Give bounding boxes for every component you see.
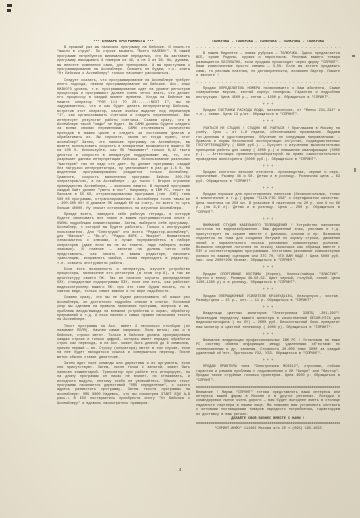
classified-ad: Внимание владельцам профессиональных IBM… (196, 339, 340, 357)
ad-separator: + + + (196, 359, 340, 363)
classified-ad: Владельцы цветных мониторов "Электроника… (196, 312, 340, 330)
page-number: 4 (0, 468, 360, 473)
dashed-separator: - - - - - - - - - - - - - - - - - - - - … (196, 81, 340, 85)
classified-ad: Продам ОПЕРАЦИОННЫЕ УСИЛИТЕЛИ КР140УД110… (196, 295, 340, 304)
scan-artifact-mark (7, 9, 11, 12)
article-paragraph: Прежде всего, заведите себе рабочую тетр… (57, 213, 190, 266)
dashed-separator: - - - - - - - - - - - - - - - - - - - - … (196, 46, 340, 50)
article-paragraph: Если есть возможность и литература, изуч… (57, 268, 190, 294)
ad-separator: + + + (196, 120, 340, 124)
article-paragraph: Текст программы на Асс. имеет 4 нескольк… (57, 325, 190, 360)
hash-border-bottom: ########################################… (196, 422, 340, 426)
scan-artifact-mark (352, 55, 355, 57)
article-paragraph: Затем идет поле команды или директивы и … (57, 362, 190, 406)
scanned-newsletter-page: *** БУКВАРЬ ПРОГРАММИСТА *** В прошлый р… (0, 0, 360, 518)
classified-ad: Продам СЧЕТЧИКИ РАСХОДА ВОДЫ, механическ… (196, 109, 340, 118)
classified-ad: Продам порошки для приготовления напитко… (196, 193, 340, 215)
classified-ad: Продам ОПРЕДЕЛИТЕЛЬ НОМЕРА позвонившего … (196, 87, 340, 100)
scan-artifact-mark (354, 168, 356, 172)
ad-separator: + + + (196, 187, 340, 191)
classified-ad: ПРОДАЮ ПРИНТЕРЫ типа "Электроника МС6312… (196, 365, 340, 383)
article-paragraph: Следует сказать, что программирование на… (57, 79, 190, 211)
scan-artifact-mark (7, 4, 12, 7)
classified-ad: Продам СПОРТИВНЫЕ КОСТЮМЫ (Корея), Хлопо… (196, 273, 340, 286)
classifieds-column: ТОЛКУЧКА - ТОЛКУЧКА - ТОЛКУЧКА - ТОЛКУЧК… (196, 40, 340, 434)
article-paragraph: В прошлый раз мы написали программу на Б… (57, 46, 190, 77)
article-column: *** БУКВАРЬ ПРОГРАММИСТА *** В прошлый р… (57, 40, 190, 408)
classified-ad: В нашем Фидонете — новая рубрика — ТОЛКУ… (196, 52, 340, 78)
classifieds-title: ТОЛКУЧКА - ТОЛКУЧКА - ТОЛКУЧКА - ТОЛКУЧК… (196, 40, 340, 45)
article-title: *** БУКВАРЬ ПРОГРАММИСТА *** (57, 40, 190, 45)
hash-border-top: ########################################… (196, 386, 340, 390)
classified-ad: УЧИТЬСЯ НЕ СТЫДНО ! СТЫДНО НЕ УЧИТЬСЯ ! … (196, 127, 340, 162)
classified-ad: Продам колготки женские отечеств. произв… (196, 171, 340, 184)
ad-separator: + + + (196, 288, 340, 292)
ad-separator: + + + (196, 165, 340, 169)
ad-separator: + + + (196, 266, 340, 270)
ad-separator: + + + (196, 333, 340, 337)
ad-separator: + + + (196, 103, 340, 107)
agency-notice-cta: ДЕЛАЙТЕ СВОЙ БИЗНЕС ВМЕСТЕ С НАМИ ! (196, 417, 340, 421)
classified-ad: ВНИМАНИЕ СТУДИЯ КАБЕЛЬНОГО ТЕЛЕВИДЕНИЯ !… (196, 224, 340, 264)
agency-notice: Внимание ! Фирма "СПРИНТ" готова предста… (196, 391, 340, 417)
ad-separator: + + + (196, 306, 340, 310)
article-paragraph: Скажем сразу, что мы не будем рассказыва… (57, 296, 190, 322)
publisher-contact: "СПРИНТ-ИНФО" 111402 Москва а/я 20 т.(09… (196, 427, 340, 431)
ad-separator: + + + (196, 218, 340, 222)
